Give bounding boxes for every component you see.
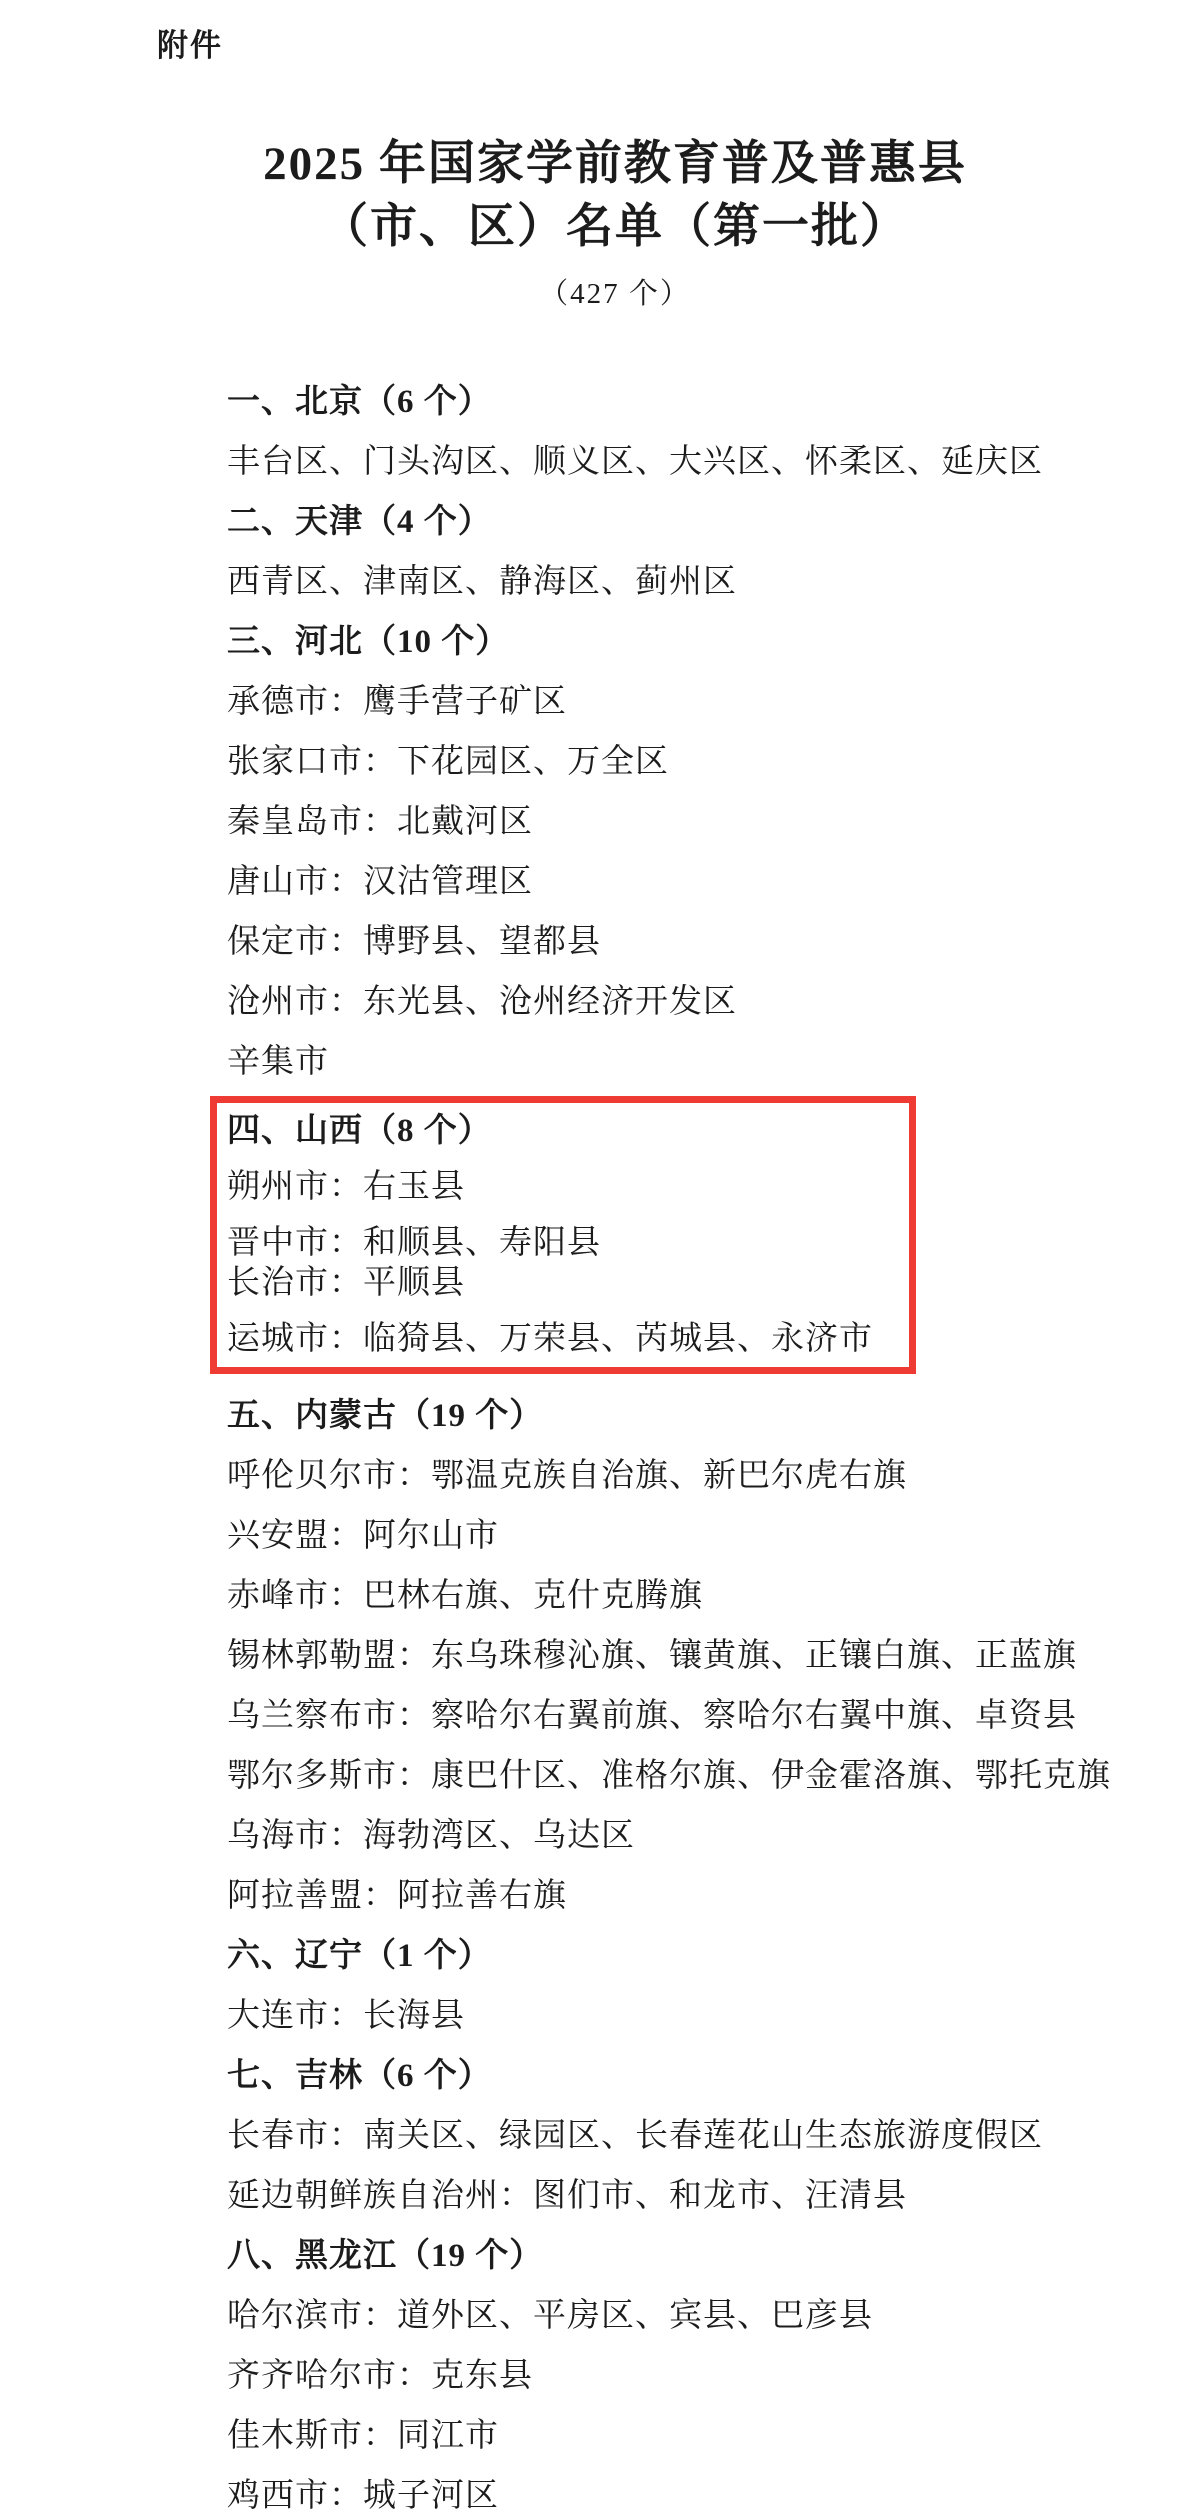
region-line: 朔州市：右玉县 xyxy=(227,1159,909,1215)
region-line: 佳木斯市：同江市 xyxy=(227,2406,1127,2466)
region-line: 西青区、津南区、静海区、蓟州区 xyxy=(227,552,1127,612)
region-line: 齐齐哈尔市：克东县 xyxy=(227,2346,1127,2406)
province-heading: 五、内蒙古（19 个） xyxy=(227,1386,1127,1446)
section-list: 一、北京（6 个） 丰台区、门头沟区、顺义区、大兴区、怀柔区、延庆区 二、天津（… xyxy=(227,372,1127,2519)
region-line: 鄂尔多斯市：康巴什区、准格尔旗、伊金霍洛旗、鄂托克旗 xyxy=(227,1746,1127,1806)
province-section: 一、北京（6 个） 丰台区、门头沟区、顺义区、大兴区、怀柔区、延庆区 xyxy=(227,372,1127,492)
province-heading: 四、山西（8 个） xyxy=(227,1103,909,1159)
title-line-1: 2025 年国家学前教育普及普惠县 xyxy=(15,133,1200,196)
region-line: 秦皇岛市：北戴河区 xyxy=(227,792,1127,852)
province-heading: 六、辽宁（1 个） xyxy=(227,1926,1127,1986)
region-line: 大连市：长海县 xyxy=(227,1986,1127,2046)
region-line: 兴安盟：阿尔山市 xyxy=(227,1506,1127,1566)
province-heading: 三、河北（10 个） xyxy=(227,612,1127,672)
region-line: 赤峰市：巴林右旗、克什克腾旗 xyxy=(227,1566,1127,1626)
title-line-2: （市、区）名单（第一批） xyxy=(15,196,1200,259)
region-line: 哈尔滨市：道外区、平房区、宾县、巴彦县 xyxy=(227,2286,1127,2346)
province-section: 五、内蒙古（19 个） 呼伦贝尔市：鄂温克族自治旗、新巴尔虎右旗兴安盟：阿尔山市… xyxy=(227,1386,1127,1926)
attachment-label: 附件 xyxy=(157,20,223,65)
region-line: 唐山市：汉沽管理区 xyxy=(227,852,1127,912)
province-heading: 七、吉林（6 个） xyxy=(227,2046,1127,2106)
province-heading: 一、北京（6 个） xyxy=(227,372,1127,432)
document-title: 2025 年国家学前教育普及普惠县 （市、区）名单（第一批） （427 个） xyxy=(15,133,1200,312)
region-line: 沧州市：东光县、沧州经济开发区 xyxy=(227,972,1127,1032)
province-section: 二、天津（4 个） 西青区、津南区、静海区、蓟州区 xyxy=(227,492,1127,612)
region-line: 运城市：临猗县、万荣县、芮城县、永济市 xyxy=(227,1311,909,1367)
region-line: 锡林郭勒盟：东乌珠穆沁旗、镶黄旗、正镶白旗、正蓝旗 xyxy=(227,1626,1127,1686)
region-line: 延边朝鲜族自治州：图们市、和龙市、汪清县 xyxy=(227,2166,1127,2226)
region-line: 乌海市：海勃湾区、乌达区 xyxy=(227,1806,1127,1866)
region-line: 呼伦贝尔市：鄂温克族自治旗、新巴尔虎右旗 xyxy=(227,1446,1127,1506)
province-section: 七、吉林（6 个） 长春市：南关区、绿园区、长春莲花山生态旅游度假区延边朝鲜族自… xyxy=(227,2046,1127,2226)
region-line: 保定市：博野县、望都县 xyxy=(227,912,1127,972)
region-line: 张家口市：下花园区、万全区 xyxy=(227,732,1127,792)
region-line: 长春市：南关区、绿园区、长春莲花山生态旅游度假区 xyxy=(227,2106,1127,2166)
region-line: 乌兰察布市：察哈尔右翼前旗、察哈尔右翼中旗、卓资县 xyxy=(227,1686,1127,1746)
province-section: 三、河北（10 个） 承德市：鹰手营子矿区张家口市：下花园区、万全区秦皇岛市：北… xyxy=(227,612,1127,1092)
province-section: 六、辽宁（1 个） 大连市：长海县 xyxy=(227,1926,1127,2046)
region-line: 鸡西市：城子河区 xyxy=(227,2466,1127,2519)
region-line: 丰台区、门头沟区、顺义区、大兴区、怀柔区、延庆区 xyxy=(227,432,1127,492)
region-line: 承德市：鹰手营子矿区 xyxy=(227,672,1127,732)
total-count: （427 个） xyxy=(15,271,1200,312)
region-line: 阿拉善盟：阿拉善右旗 xyxy=(227,1866,1127,1926)
province-heading: 八、黑龙江（19 个） xyxy=(227,2226,1127,2286)
province-heading: 二、天津（4 个） xyxy=(227,492,1127,552)
region-line: 辛集市 xyxy=(227,1032,1127,1092)
province-section-highlighted: 四、山西（8 个） 朔州市：右玉县晋中市：和顺县、寿阳县长治市：平顺县运城市：临… xyxy=(210,1096,916,1374)
province-section: 八、黑龙江（19 个） 哈尔滨市：道外区、平房区、宾县、巴彦县齐齐哈尔市：克东县… xyxy=(227,2226,1127,2519)
